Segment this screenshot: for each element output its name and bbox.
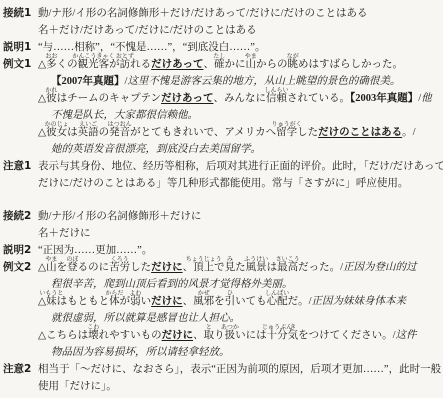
text-segment: れやすいもの	[99, 330, 162, 341]
ruby-word: 彼女かのじょ	[46, 127, 67, 138]
text-row: 例文1△多おおくの観光客かんこうきゃくが訪おとずれるだけあって、確たしかに山やま…	[3, 56, 439, 73]
text-segment: をつけてください。/	[298, 330, 395, 341]
text-segment: △	[38, 296, 46, 307]
row-text: △多おおくの観光客かんこうきゃくが訪おとずれるだけあって、確たしかに山やまからの…	[38, 56, 439, 73]
row-text: △山やまを登のぼるのに苦労くろうしただけに、頂上ちょうじょうで見みた風景ふうけい…	[38, 259, 439, 276]
text-segment: 、	[203, 59, 214, 70]
ruby-word: 見み	[225, 262, 236, 273]
text-row: 名＋だけ/だけあって/だけに/だけのことはある	[3, 22, 439, 39]
text-segment: 、	[183, 262, 194, 273]
row-label: 接続2	[3, 208, 38, 223]
text-segment: 、	[183, 296, 194, 307]
text-segment: 表示与其身份、地位、经历等相称，后项对其进行正面的评价。此时，「だけ/だけあって…	[38, 161, 443, 172]
text-segment: た	[235, 262, 246, 273]
ruby-word: 風邪かぜ	[193, 296, 214, 307]
ruby-word: 十分じゅうぶん	[267, 330, 288, 341]
ruby-word: 妹いもうと	[46, 296, 57, 307]
text-segment: 、みんなに	[213, 93, 266, 104]
row-text: 使用「だけに」。	[38, 378, 439, 395]
row-text: 動/ナ形/イ形の名詞修飾形＋だけに	[38, 208, 439, 225]
ruby-word: 留学りゅうがく	[276, 127, 297, 138]
text-segment: 这里不愧是游客云集的地方，从山上眺望的景色的确很美。	[127, 76, 400, 87]
text-segment: だった。/	[298, 262, 343, 273]
text-row: 注意2相当于「～だけに、なおさら」，表示“正因为前项的原因，后项才更加……”，此…	[3, 361, 439, 378]
ruby-word: 彼かれ	[46, 93, 57, 104]
text-segment: れる	[130, 59, 151, 70]
row-text: 動/ナ形/イ形の名詞修飾形＋だけ/だけあって/だけに/だけのことはある	[38, 5, 439, 22]
text-row: △彼かれはチームのキャプテンだけあって、みんなに信頼しんらいされている。【200…	[3, 90, 439, 107]
ruby-word: 頂上ちょうじょう	[193, 262, 214, 273]
text-segment: で	[214, 262, 225, 273]
text-segment: だけに/だけのことはある」等几种形式都能使用。常与「さすがに」呼应使用。	[38, 178, 408, 189]
text-segment: るのに	[78, 262, 110, 273]
text-segment: いても	[235, 296, 267, 307]
text-segment: 使用「だけに」。	[38, 381, 117, 392]
text-segment: 正因为登山的过	[343, 262, 417, 273]
text-segment: 正因为妹妹身体本来	[312, 296, 407, 307]
text-segment: だけのことはある	[318, 127, 402, 138]
text-segment: めはすばらしかった。	[298, 59, 403, 70]
ruby-word: 扱あつか	[225, 330, 236, 341]
text-segment: △	[38, 59, 46, 70]
ruby-word: 多おお	[46, 59, 57, 70]
row-text: 不愧是队长，大家都很信赖他。	[38, 107, 439, 124]
row-text: 【2007年真題】/这里不愧是游客云集的地方，从山上眺望的景色的确很美。	[38, 73, 439, 90]
text-segment: だ。/	[288, 296, 312, 307]
row-text: 名＋だけ/だけあって/だけに/だけのことはある	[38, 22, 439, 39]
text-segment: 名＋だけに	[38, 228, 91, 239]
row-text: 物品因为容易损坏，所以请轻拿轻放。	[38, 344, 439, 361]
text-segment: は	[67, 127, 78, 138]
text-segment: 、	[193, 330, 204, 341]
text-row: △彼女かのじょは英語えいごの発音はつおんがとてもきれいで、アメリカへ留学りゅうが…	[3, 124, 439, 141]
text-segment: 相当于「～だけに、なおさら」，表示“正因为前项的原因，后项才更加……”，此时一般	[38, 364, 441, 375]
ruby-word: 確たし	[214, 59, 225, 70]
ruby-word: 風景ふうけい	[246, 262, 267, 273]
text-row: 注意1表示与其身份、地位、经历等相称，后项对其进行正面的评价。此时，「だけ/だけ…	[3, 158, 439, 175]
row-label: 例文1	[3, 56, 38, 71]
text-segment: だけあって	[161, 93, 213, 104]
row-text: 程很辛苦，爬到山顶后看到的风景才觉得格外美丽。	[38, 276, 439, 293]
text-segment: した	[130, 262, 151, 273]
ruby-word: 心配しんぱい	[267, 296, 288, 307]
row-text: “正因为……更加……”。	[38, 242, 439, 259]
row-label: 例文2	[3, 259, 38, 274]
text-segment: した	[297, 127, 318, 138]
text-row: 程很辛苦，爬到山顶后看到的风景才觉得格外美丽。	[3, 276, 439, 293]
row-label: 説明2	[3, 242, 38, 257]
row-text: △彼女かのじょは英語えいごの発音はつおんがとてもきれいで、アメリカへ留学りゅうが…	[38, 124, 439, 141]
ruby-word: 信頼しんらい	[266, 93, 287, 104]
text-segment: が	[120, 296, 131, 307]
row-label: 接続1	[3, 5, 38, 20]
text-segment: 不愧是队长，大家都很信赖他。	[51, 110, 198, 121]
text-segment: は	[267, 262, 278, 273]
page-content: 接続1動/ナ形/イ形の名詞修飾形＋だけ/だけあって/だけに/だけのことはある名＋…	[3, 5, 439, 395]
text-segment: 。/	[402, 127, 415, 138]
text-segment: 【2003年真題】	[350, 93, 418, 104]
text-segment: 動/ナ形/イ形の名詞修飾形＋だけ/だけあって/だけに/だけのことはある	[38, 8, 367, 19]
ruby-word: 山やま	[46, 262, 57, 273]
text-row: △妹いもうとはもともと体からだが弱よわいだけに、風邪かぜを引ひいても心配しんぱい…	[3, 293, 439, 310]
text-row: 使用「だけに」。	[3, 378, 439, 395]
ruby-word: 山やま	[245, 59, 256, 70]
ruby-word: 英語えいご	[78, 127, 99, 138]
ruby-word: 眺なが	[287, 59, 298, 70]
text-segment: い	[141, 296, 152, 307]
text-segment: だけに	[162, 330, 194, 341]
ruby-word: 訪おとず	[120, 59, 131, 70]
text-segment: だけあって	[151, 59, 203, 70]
ruby-word: 引ひ	[225, 296, 236, 307]
row-label: 説明1	[3, 39, 38, 54]
ruby-word: 発音はつおん	[109, 127, 130, 138]
text-segment: からの	[256, 59, 288, 70]
row-text: 她的英语发音很漂亮，到底没白去美国留学。	[38, 141, 439, 158]
text-segment: 他	[421, 93, 432, 104]
text-segment: 物品因为容易损坏，所以请轻拿轻放。	[51, 347, 230, 358]
text-row: 她的英语发音很漂亮，到底没白去美国留学。	[3, 141, 439, 158]
ruby-word: 体からだ	[109, 296, 120, 307]
row-text: 表示与其身份、地位、经历等相称，后项对其进行正面的评价。此时，「だけ/だけあって…	[38, 158, 443, 175]
text-segment: されている。	[287, 93, 350, 104]
ruby-word: 気き	[288, 330, 299, 341]
text-segment: 程很辛苦，爬到山顶后看到的风景才觉得格外美丽。	[51, 279, 293, 290]
text-segment: △	[38, 127, 46, 138]
text-row: 名＋だけに	[3, 225, 439, 242]
row-text: △妹いもうとはもともと体からだが弱よわいだけに、風邪かぜを引ひいても心配しんぱい…	[38, 293, 439, 310]
row-text: △こちらは壊こわれやすいものだけに、取とり扱あつかいには十分じゅうぶん気きをつけ…	[38, 327, 439, 344]
row-text: 名＋だけに	[38, 225, 439, 242]
text-segment: △	[38, 93, 46, 104]
text-segment: △	[38, 262, 46, 273]
row-text: だけに/だけのことはある」等几种形式都能使用。常与「さすがに」呼应使用。	[38, 175, 439, 192]
text-row: 物品因为容易损坏，所以请轻拿轻放。	[3, 344, 439, 361]
row-label: 注意2	[3, 361, 38, 376]
ruby-word: 壊こわ	[88, 330, 99, 341]
ruby-word: 弱よわ	[130, 296, 141, 307]
text-segment: 就很虚弱，所以就算是感冒也让人担心。	[51, 313, 240, 324]
text-row: 接続2動/ナ形/イ形の名詞修飾形＋だけに	[3, 208, 439, 225]
text-row: 【2007年真題】/这里不愧是游客云集的地方，从山上眺望的景色的确很美。	[3, 73, 439, 90]
text-segment: 她的英语发音很漂亮，到底没白去美国留学。	[51, 144, 261, 155]
text-segment: だけに	[151, 262, 183, 273]
text-segment: り	[214, 330, 225, 341]
text-segment: を	[57, 262, 68, 273]
text-segment: が	[109, 59, 120, 70]
text-segment: 名＋だけ/だけあって/だけに/だけのことはある	[38, 25, 257, 36]
text-segment: 動/ナ形/イ形の名詞修飾形＋だけに	[38, 211, 201, 222]
text-segment: 这件	[396, 330, 417, 341]
ruby-word: 最高さいこう	[277, 262, 298, 273]
row-label: 注意1	[3, 158, 38, 173]
text-segment: だけに	[151, 296, 183, 307]
ruby-word: 登のぼ	[67, 262, 78, 273]
text-segment: “正因为……更加……”。	[38, 245, 152, 256]
text-segment: △こちらは	[38, 330, 88, 341]
text-row: だけに/だけのことはある」等几种形式都能使用。常与「さすがに」呼应使用。	[3, 175, 439, 192]
text-segment: かに	[224, 59, 245, 70]
text-segment: “与……相称”，“不愧是……”，“到底没白……”。	[38, 42, 265, 53]
ruby-word: 観光客かんこうきゃく	[78, 59, 110, 70]
text-row: △こちらは壊こわれやすいものだけに、取とり扱あつかいには十分じゅうぶん気きをつけ…	[3, 327, 439, 344]
text-segment: いには	[235, 330, 267, 341]
text-row: 接続1動/ナ形/イ形の名詞修飾形＋だけ/だけあって/だけに/だけのことはある	[3, 5, 439, 22]
text-segment: はもともと	[57, 296, 110, 307]
text-row: 例文2△山やまを登のぼるのに苦労くろうしただけに、頂上ちょうじょうで見みた風景ふ…	[3, 259, 439, 276]
text-segment: 【2007年真題】	[51, 76, 125, 87]
text-segment: を	[214, 296, 225, 307]
ruby-word: 苦労くろう	[109, 262, 130, 273]
text-segment: くの	[57, 59, 78, 70]
text-segment: の	[99, 127, 110, 138]
ruby-word: 取と	[204, 330, 215, 341]
textbook-page: 接続1動/ナ形/イ形の名詞修飾形＋だけ/だけあって/だけに/だけのことはある名＋…	[0, 0, 443, 398]
row-text: △彼かれはチームのキャプテンだけあって、みんなに信頼しんらいされている。【200…	[38, 90, 439, 107]
text-segment: はチームのキャプテン	[57, 93, 161, 104]
row-text: 相当于「～だけに、なおさら」，表示“正因为前项的原因，后项才更加……”，此时一般	[38, 361, 441, 378]
text-segment: がとてもきれいで、アメリカへ	[130, 127, 276, 138]
